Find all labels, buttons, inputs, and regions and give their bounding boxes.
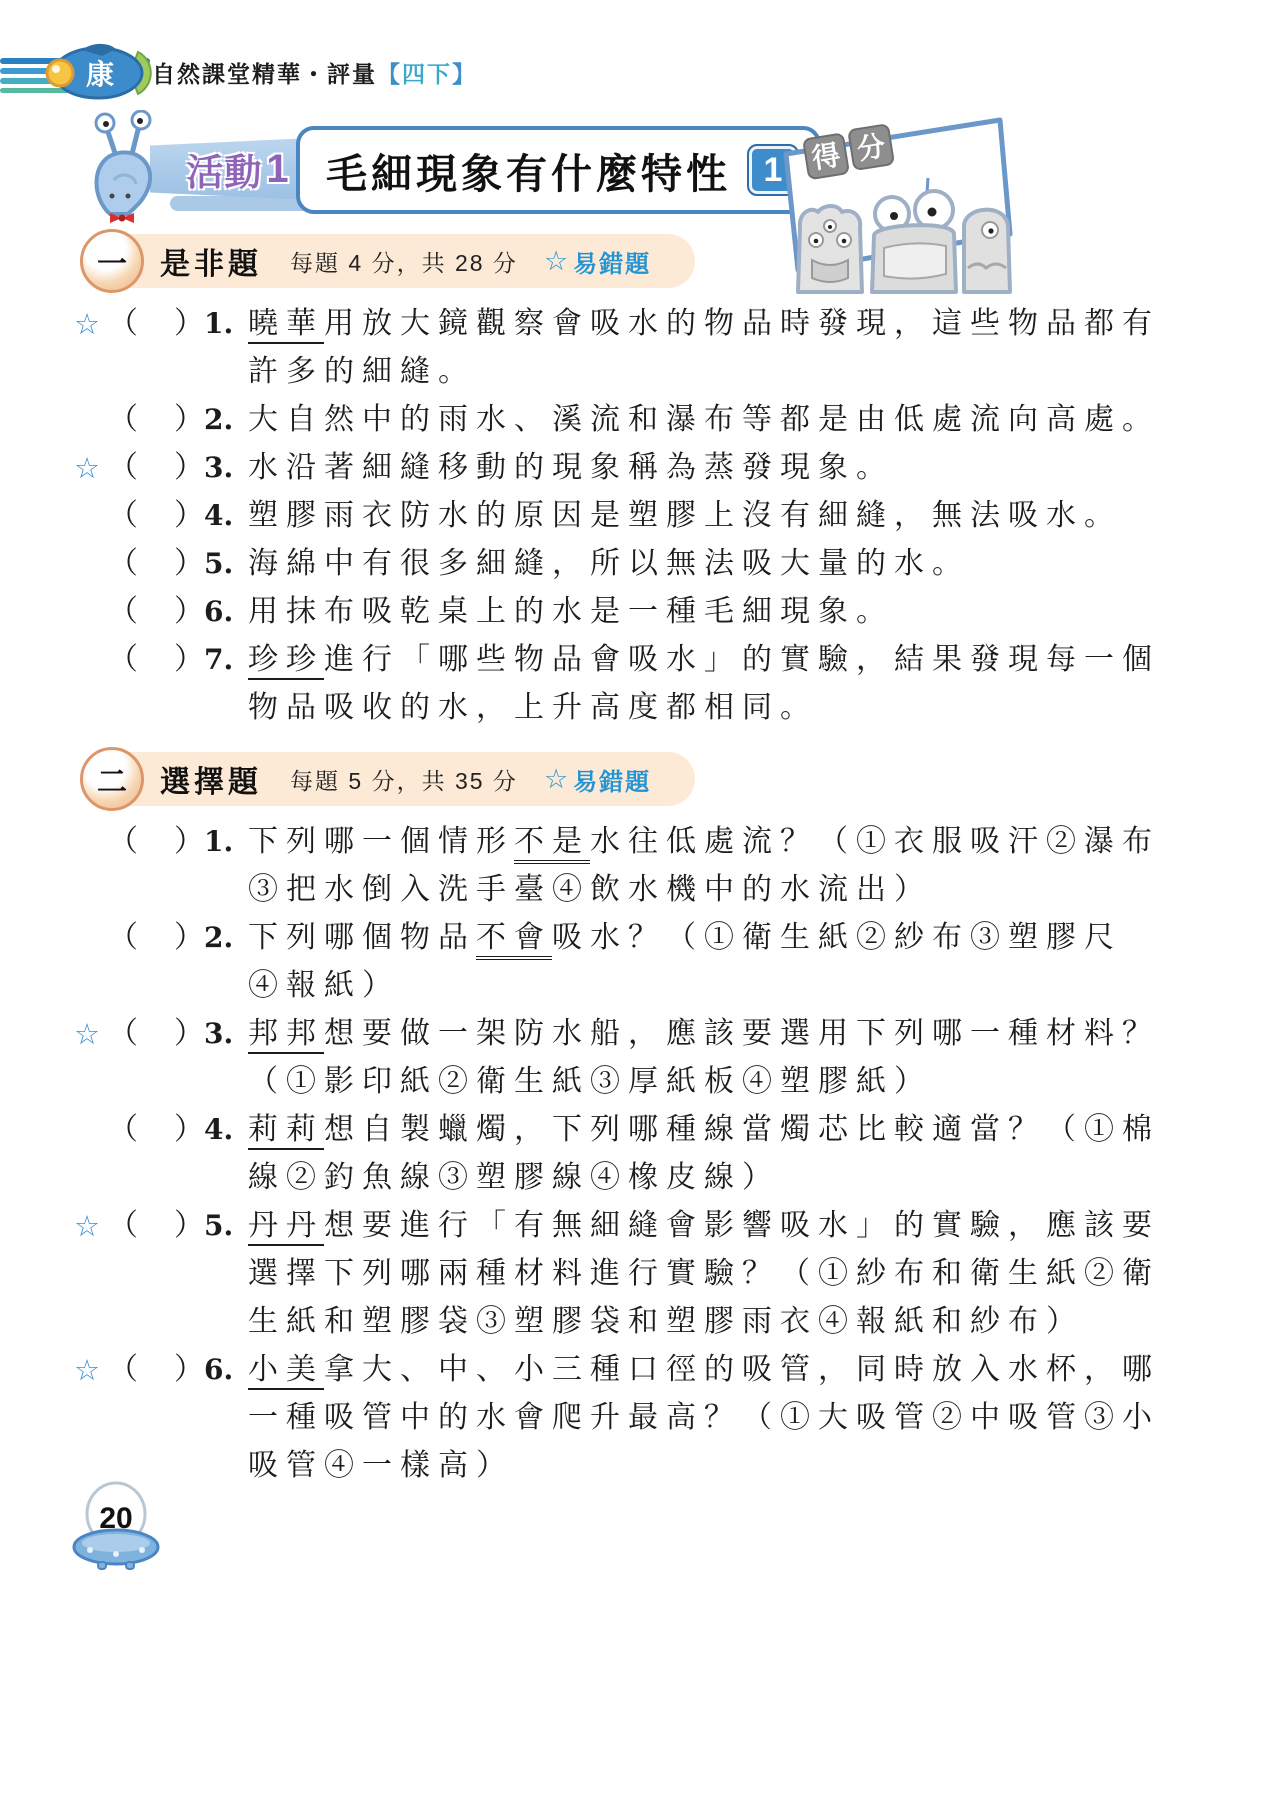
question-text: 邦邦想要做一架防水船，應該要選用下列哪一種材料？（①影印紙②衛生紙③厚紙板④塑膠… [248,1010,1210,1106]
underlined-name: 丹丹 [248,1208,324,1246]
question-line: 生紙和塑膠袋③塑膠袋和塑膠雨衣④報紙和紗布） [248,1298,1210,1346]
question-line: 線②釣魚線③塑膠線④橡皮線） [248,1154,1210,1202]
question-line: 莉莉想自製蠟燭，下列哪種線當燭芯比較適當？（①棉 [248,1106,1210,1154]
question-number: 3. [204,444,248,492]
question-line: （①影印紙②衛生紙③厚紙板④塑膠紙） [248,1058,1210,1106]
section-title: 選擇題 [160,757,262,801]
paren-close: ） [174,914,204,962]
question-star-icon: ☆ [74,444,108,492]
question-number: 7. [204,636,248,684]
question-number: 5. [204,1202,248,1250]
question-number: 4. [204,492,248,540]
answer-blank: （） [108,818,204,866]
paren-open: （ [108,1346,138,1394]
text-segment: 用放大鏡觀察會吸水的物品時發現，這些物品都有 [324,306,1160,341]
question-line: ③把水倒入洗手臺④飲水機中的水流出） [248,866,1210,914]
text-segment: 水沿著細縫移動的現象稱為蒸發現象。 [248,450,894,485]
question-number: 6. [204,1346,248,1394]
question-row: （）4.塑膠雨衣防水的原因是塑膠上沒有細縫，無法吸水。 [74,492,1210,540]
question-line: 海綿中有很多細縫，所以無法吸大量的水。 [248,540,1210,588]
question-star-icon: ☆ [74,1010,108,1058]
section-header-row: 二選擇題每題 5 分，共 35 分☆易錯題 [74,752,1210,806]
question-number: 6. [204,588,248,636]
question-line: 選擇下列哪兩種材料進行實驗？（①紗布和衛生紙②衛 [248,1250,1210,1298]
question-star-icon: ☆ [74,1346,108,1394]
paren-open: （ [108,396,138,444]
worksheet-page: 康 自然課堂精華・評量【四下】 活動 1 毛細現象有什麼特性 1 [0,0,1282,1813]
question-row: ☆（）3.邦邦想要做一架防水船，應該要選用下列哪一種材料？（①影印紙②衛生紙③厚… [74,1010,1210,1106]
page-number-ufo: 20 [70,1480,162,1575]
easy-mistake-tag: ☆易錯題 [544,244,651,279]
question-line: 大自然中的雨水、溪流和瀑布等都是由低處流向高處。 [248,396,1210,444]
underlined-name: 莉莉 [248,1112,324,1150]
question-text: 小美拿大、中、小三種口徑的吸管，同時放入水杯，哪一種吸管中的水會爬升最高？（①大… [248,1346,1210,1490]
publisher-logo-fish-icon: 康 [42,40,160,106]
paren-open: （ [108,492,138,540]
svg-text:得: 得 [810,139,843,174]
section-header-band: 一是非題每題 4 分，共 28 分☆易錯題 [94,234,695,288]
paren-open: （ [108,540,138,588]
question-number: 2. [204,396,248,444]
section-header-row: 一是非題每題 4 分，共 28 分☆易錯題 [74,234,1210,288]
series-title: 自然課堂精華 [152,61,302,87]
activity-title: 毛細現象有什麼特性 [326,141,731,200]
text-segment: ③把水倒入洗手臺④飲水機中的水流出） [248,872,932,907]
activity-number: 1 [266,147,289,192]
question-star-icon: ☆ [74,1202,108,1250]
paren-close: ） [174,396,204,444]
paren-close: ） [174,818,204,866]
underlined-name: 曉華 [248,306,324,344]
question-text: 塑膠雨衣防水的原因是塑膠上沒有細縫，無法吸水。 [248,492,1210,540]
section-badge: 二 [80,747,144,811]
section-title: 是非題 [160,239,262,283]
paren-open: （ [108,818,138,866]
question-number: 1. [204,300,248,348]
question-text: 珍珍進行「哪些物品會吸水」的實驗，結果發現每一個物品吸收的水，上升高度都相同。 [248,636,1210,732]
svg-text:分: 分 [855,130,888,165]
question-number: 1. [204,818,248,866]
page-header: 康 自然課堂精華・評量【四下】 [0,0,1282,110]
question-row: （）1.下列哪一個情形不是水往低處流？（①衣服吸汗②瀑布③把水倒入洗手臺④飲水機… [74,818,1210,914]
text-segment: 想要進行「有無細縫會影響吸水」的實驗，應該要 [324,1208,1160,1243]
question-row: ☆（）1.曉華用放大鏡觀察會吸水的物品時發現，這些物品都有許多的細縫。 [74,300,1210,396]
answer-blank: （） [108,396,204,444]
question-line: 下列哪個物品不會吸水？（①衛生紙②紗布③塑膠尺 [248,914,1210,962]
question-line: 下列哪一個情形不是水往低處流？（①衣服吸汗②瀑布 [248,818,1210,866]
paren-close: ） [174,1106,204,1154]
answer-blank: （） [108,1346,204,1394]
paren-open: （ [108,300,138,348]
answer-blank: （） [108,1202,204,1250]
question-line: 珍珍進行「哪些物品會吸水」的實驗，結果發現每一個 [248,636,1210,684]
text-segment: 許多的細縫。 [248,354,476,389]
paren-close: ） [174,1202,204,1250]
question-number: 4. [204,1106,248,1154]
easy-mistake-label: 易錯題 [573,244,651,279]
text-segment: 下列哪個物品 [248,920,476,955]
question-row: ☆（）5.丹丹想要進行「有無細縫會影響吸水」的實驗，應該要選擇下列哪兩種材料進行… [74,1202,1210,1346]
paren-close: ） [174,300,204,348]
text-segment: 想自製蠟燭，下列哪種線當燭芯比較適當？（①棉 [324,1112,1160,1147]
answer-blank: （） [108,914,204,962]
question-list: ☆（）1.曉華用放大鏡觀察會吸水的物品時發現，這些物品都有許多的細縫。（）2.大… [74,300,1210,732]
text-segment: 海綿中有很多細縫，所以無法吸大量的水。 [248,546,970,581]
paren-open: （ [108,1202,138,1250]
question-row: （）7.珍珍進行「哪些物品會吸水」的實驗，結果發現每一個物品吸收的水，上升高度都… [74,636,1210,732]
underlined-name: 珍珍 [248,642,324,680]
text-segment: 吸水？（①衛生紙②紗布③塑膠尺 [552,920,1122,955]
question-number: 5. [204,540,248,588]
question-line: 許多的細縫。 [248,348,1210,396]
answer-blank: （） [108,492,204,540]
answer-blank: （） [108,1106,204,1154]
question-star-icon: ☆ [74,300,108,348]
question-line: 水沿著細縫移動的現象稱為蒸發現象。 [248,444,1210,492]
question-line: 一種吸管中的水會爬升最高？（①大吸管②中吸管③小 [248,1394,1210,1442]
question-text: 海綿中有很多細縫，所以無法吸大量的水。 [248,540,1210,588]
text-segment: 生紙和塑膠袋③塑膠袋和塑膠雨衣④報紙和紗布） [248,1304,1084,1339]
answer-blank: （） [108,540,204,588]
question-row: （）5.海綿中有很多細縫，所以無法吸大量的水。 [74,540,1210,588]
answer-blank: （） [108,300,204,348]
question-text: 丹丹想要進行「有無細縫會影響吸水」的實驗，應該要選擇下列哪兩種材料進行實驗？（①… [248,1202,1210,1346]
question-line: 曉華用放大鏡觀察會吸水的物品時發現，這些物品都有 [248,300,1210,348]
question-row: （）6.用抹布吸乾桌上的水是一種毛細現象。 [74,588,1210,636]
question-line: ④報紙） [248,962,1210,1010]
paren-close: ） [174,540,204,588]
text-segment: 塑膠雨衣防水的原因是塑膠上沒有細縫，無法吸水。 [248,498,1122,533]
text-segment: （①影印紙②衛生紙③厚紙板④塑膠紙） [248,1064,932,1099]
section-badge: 一 [80,229,144,293]
paren-open: （ [108,636,138,684]
text-segment: 一種吸管中的水會爬升最高？（①大吸管②中吸管③小 [248,1400,1160,1435]
title-dot: ・ [302,61,327,87]
question-row: （）4.莉莉想自製蠟燭，下列哪種線當燭芯比較適當？（①棉線②釣魚線③塑膠線④橡皮… [74,1106,1210,1202]
text-segment: 下列哪一個情形 [248,824,514,859]
question-list: （）1.下列哪一個情形不是水往低處流？（①衣服吸汗②瀑布③把水倒入洗手臺④飲水機… [74,818,1210,1490]
text-segment: 線②釣魚線③塑膠線④橡皮線） [248,1160,780,1195]
paren-close: ） [174,636,204,684]
paren-close: ） [174,588,204,636]
text-segment: ④報紙） [248,968,400,1003]
header-title: 自然課堂精華・評量【四下】 [152,56,477,89]
paren-open: （ [108,1106,138,1154]
text-segment: 用抹布吸乾桌上的水是一種毛細現象。 [248,594,894,629]
eval-label: 評量 [327,61,377,87]
text-segment: 吸管④一樣高） [248,1448,514,1483]
question-text: 曉華用放大鏡觀察會吸水的物品時發現，這些物品都有許多的細縫。 [248,300,1210,396]
bracket-close: 】 [452,61,477,87]
section-header-band: 二選擇題每題 5 分，共 35 分☆易錯題 [94,752,695,806]
text-segment: 進行「哪些物品會吸水」的實驗，結果發現每一個 [324,642,1160,677]
section-points: 每題 5 分，共 35 分 [290,763,518,796]
text-segment: 物品吸收的水，上升高度都相同。 [248,690,818,725]
paren-close: ） [174,1346,204,1394]
question-row: ☆（）6.小美拿大、中、小三種口徑的吸管，同時放入水杯，哪一種吸管中的水會爬升最… [74,1346,1210,1490]
question-line: 小美拿大、中、小三種口徑的吸管，同時放入水杯，哪 [248,1346,1210,1394]
answer-blank: （） [108,588,204,636]
svg-text:康: 康 [86,58,114,90]
text-segment: 大自然中的雨水、溪流和瀑布等都是由低處流向高處。 [248,402,1160,437]
content: 一是非題每題 4 分，共 28 分☆易錯題☆（）1.曉華用放大鏡觀察會吸水的物品… [74,234,1210,1490]
question-number: 2. [204,914,248,962]
question-row: ☆（）3.水沿著細縫移動的現象稱為蒸發現象。 [74,444,1210,492]
paren-open: （ [108,1010,138,1058]
paren-open: （ [108,444,138,492]
star-icon: ☆ [544,246,570,277]
paren-close: ） [174,492,204,540]
question-line: 邦邦想要做一架防水船，應該要選用下列哪一種材料？ [248,1010,1210,1058]
bracket-open: 【 [377,61,402,87]
question-text: 下列哪個物品不會吸水？（①衛生紙②紗布③塑膠尺④報紙） [248,914,1210,1010]
text-segment: 拿大、中、小三種口徑的吸管，同時放入水杯，哪 [324,1352,1160,1387]
answer-blank: （） [108,444,204,492]
paren-close: ） [174,1010,204,1058]
answer-blank: （） [108,636,204,684]
question-text: 大自然中的雨水、溪流和瀑布等都是由低處流向高處。 [248,396,1210,444]
question-row: （）2.下列哪個物品不會吸水？（①衛生紙②紗布③塑膠尺④報紙） [74,914,1210,1010]
question-row: （）2.大自然中的雨水、溪流和瀑布等都是由低處流向高處。 [74,396,1210,444]
question-line: 塑膠雨衣防水的原因是塑膠上沒有細縫，無法吸水。 [248,492,1210,540]
question-text: 莉莉想自製蠟燭，下列哪種線當燭芯比較適當？（①棉線②釣魚線③塑膠線④橡皮線） [248,1106,1210,1202]
question-line: 物品吸收的水，上升高度都相同。 [248,684,1210,732]
page-number: 20 [70,1502,162,1536]
paren-open: （ [108,588,138,636]
easy-mistake-label: 易錯題 [573,762,651,797]
emphasized-word: 不會 [476,920,552,960]
underlined-name: 小美 [248,1352,324,1390]
question-text: 下列哪一個情形不是水往低處流？（①衣服吸汗②瀑布③把水倒入洗手臺④飲水機中的水流… [248,818,1210,914]
question-number: 3. [204,1010,248,1058]
section-points: 每題 4 分，共 28 分 [290,245,518,278]
star-icon: ☆ [544,764,570,795]
question-line: 吸管④一樣高） [248,1442,1210,1490]
easy-mistake-tag: ☆易錯題 [544,762,651,797]
text-segment: 想要做一架防水船，應該要選用下列哪一種材料？ [324,1016,1160,1051]
text-segment: 選擇下列哪兩種材料進行實驗？（①紗布和衛生紙②衛 [248,1256,1160,1291]
paren-open: （ [108,914,138,962]
activity-title-box: 毛細現象有什麼特性 1 [296,126,821,214]
paren-close: ） [174,444,204,492]
answer-blank: （） [108,1010,204,1058]
activity-label: 活動 [186,142,262,196]
text-segment: 水往低處流？（①衣服吸汗②瀑布 [590,824,1160,859]
question-text: 水沿著細縫移動的現象稱為蒸發現象。 [248,444,1210,492]
question-line: 丹丹想要進行「有無細縫會影響吸水」的實驗，應該要 [248,1202,1210,1250]
question-text: 用抹布吸乾桌上的水是一種毛細現象。 [248,588,1210,636]
question-line: 用抹布吸乾桌上的水是一種毛細現象。 [248,588,1210,636]
snail-mascot-icon [84,110,174,225]
grade-label: 四下 [402,61,452,87]
emphasized-word: 不是 [514,824,590,864]
underlined-name: 邦邦 [248,1016,324,1054]
